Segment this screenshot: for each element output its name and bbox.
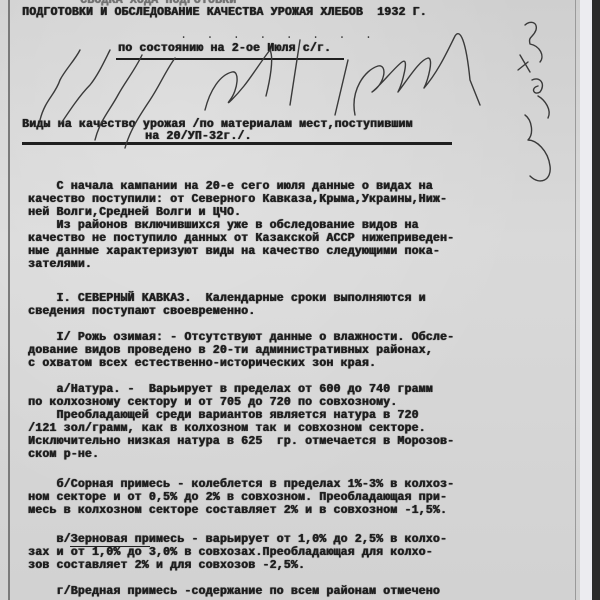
scanned-document-page: СВОДКА ХОДА ПОДГОТОВКИ ПОДГОТОВКИ И ОБСЛ… <box>0 0 600 600</box>
handwriting-strokes <box>0 0 600 600</box>
